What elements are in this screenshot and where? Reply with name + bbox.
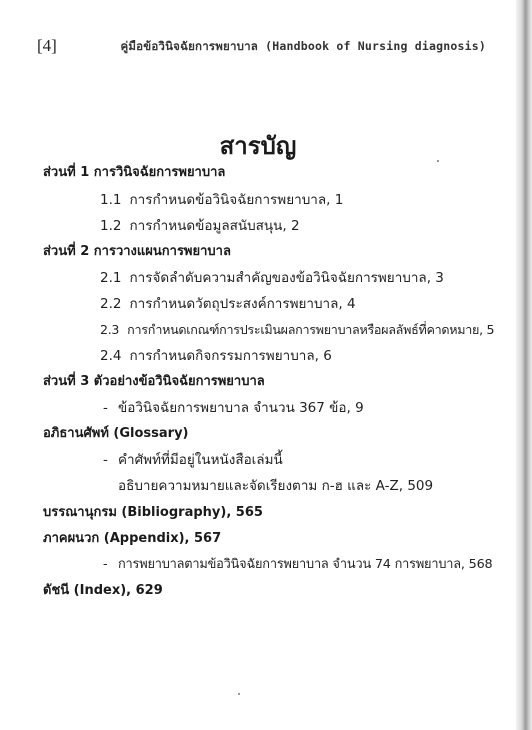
toc-item-diagnoses: -ข้อวินิจฉัยการพยาบาล จำนวน 367 ข้อ, 9 [103,399,364,417]
toc-item-number: 2.2 [100,295,121,313]
toc-item-2-2: 2.2การกำหนดวัตถุประสงค์การพยาบาล, 4 [100,295,356,313]
toc-section-label: ภาคผนวก (Appendix), 567 [43,531,221,546]
toc-section-glossary: อภิธานศัพท์ (Glossary) [43,425,189,443]
speck [238,693,240,695]
toc-section-1: ส่วนที่ 1 การวินิจฉัยการพยาบาล [43,164,225,182]
toc-item-2-4: 2.4การกำหนดกิจกรรมการพยาบาล, 6 [100,347,332,365]
toc-title: สารบัญ [0,126,516,165]
page-edge-shadow [516,0,532,730]
dash-bullet: - [103,556,118,574]
toc-section-3: ส่วนที่ 3 ตัวอย่างข้อวินิจฉัยการพยาบาล [43,373,265,391]
toc-item-number: 1.1 [100,191,121,209]
toc-item-label: การกำหนดวัตถุประสงค์การพยาบาล, 4 [129,296,355,312]
toc-item-label: ข้อวินิจฉัยการพยาบาล จำนวน 367 ข้อ, 9 [118,400,364,416]
toc-item-glossary-desc: อธิบายความหมายและจัดเรียงตาม ก-ฮ และ A-Z… [118,477,433,495]
document-page: [4] คู่มือข้อวินิจฉัยการพยาบาล (Handbook… [0,0,516,730]
toc-item-label: การกำหนดกิจกรรมการพยาบาล, 6 [129,348,331,364]
toc-section-index: ดัชนี (Index), 629 [43,582,163,600]
toc-item-label: การจัดลำดับความสำคัญของข้อวินิจฉัยการพยา… [129,270,443,286]
toc-section-label: ส่วนที่ 1 การวินิจฉัยการพยาบาล [43,165,225,180]
toc-item-2-1: 2.1การจัดลำดับความสำคัญของข้อวินิจฉัยการ… [100,269,444,287]
toc-item-label: อธิบายความหมายและจัดเรียงตาม ก-ฮ และ A-Z… [118,478,433,494]
toc-section-label: อภิธานศัพท์ (Glossary) [43,426,189,441]
toc-section-2: ส่วนที่ 2 การวางแผนการพยาบาล [43,243,231,261]
page-number: [4] [37,36,57,56]
toc-item-glossary-terms: -คำศัพท์ที่มีอยู่ในหนังสือเล่มนี้ [103,451,283,469]
toc-section-label: ส่วนที่ 2 การวางแผนการพยาบาล [43,244,231,259]
toc-item-2-3: 2.3การกำหนดเกณฑ์การประเมินผลการพยาบาลหรื… [100,321,494,339]
toc-section-label: บรรณานุกรม (Bibliography), 565 [43,505,263,520]
toc-item-appendix-care: -การพยาบาลตามข้อวินิจฉัยการพยาบาล จำนวน … [103,556,492,574]
toc-item-label: การพยาบาลตามข้อวินิจฉัยการพยาบาล จำนวน 7… [118,557,492,572]
toc-item-1-2: 1.2การกำหนดข้อมูลสนับสนุน, 2 [100,217,300,235]
toc-section-label: ดัชนี (Index), 629 [43,583,163,598]
dash-bullet: - [103,399,118,417]
speck [437,160,439,162]
toc-section-label: ส่วนที่ 3 ตัวอย่างข้อวินิจฉัยการพยาบาล [43,374,265,389]
toc-item-number: 2.3 [100,321,119,339]
toc-item-number: 1.2 [100,217,121,235]
toc-item-1-1: 1.1การกำหนดข้อวินิจฉัยการพยาบาล, 1 [100,191,343,209]
toc-item-label: คำศัพท์ที่มีอยู่ในหนังสือเล่มนี้ [118,452,283,468]
running-header: [4] คู่มือข้อวินิจฉัยการพยาบาล (Handbook… [37,36,486,58]
toc-item-number: 2.1 [100,269,121,287]
toc-item-number: 2.4 [100,347,121,365]
toc-section-bibliography: บรรณานุกรม (Bibliography), 565 [43,504,263,522]
toc-item-label: การกำหนดข้อวินิจฉัยการพยาบาล, 1 [129,192,343,208]
toc-item-label: การกำหนดเกณฑ์การประเมินผลการพยาบาลหรือผล… [127,322,494,337]
book-title: คู่มือข้อวินิจฉัยการพยาบาล (Handbook of … [120,38,486,56]
toc-section-appendix: ภาคผนวก (Appendix), 567 [43,530,221,548]
dash-bullet: - [103,451,118,469]
toc-item-label: การกำหนดข้อมูลสนับสนุน, 2 [129,218,299,234]
